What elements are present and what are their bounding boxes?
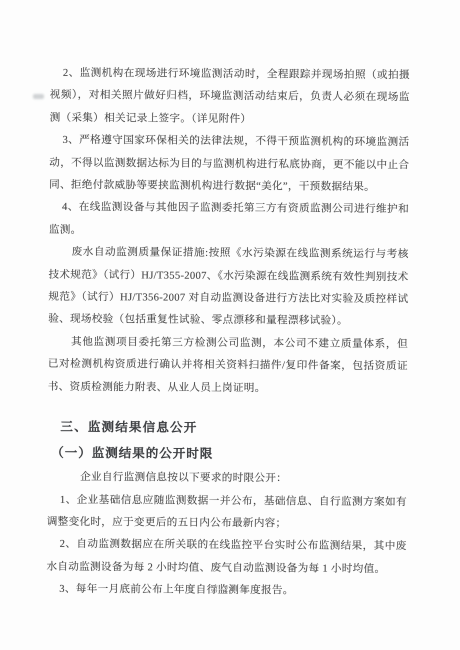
paragraph-legal-compliance: 3、严格遵守国家环保相关的法律法规，不得干预监测机构的环境监测活动，不得以监测数… [49,130,409,200]
paragraph-other-monitoring-projects: 其他监测项目委托第三方检测公司监测，本公司不建立质量体系，但已对检测机构资质进行… [48,332,408,402]
timeline-item-basic-info: 1、企业基础信息应随监测数据一并公布，基础信息、自行监测方案如有调整变化时，应于… [47,489,407,536]
paragraph-wastewater-qa-measures: 废水自动监测质量保证措施:按照《水污染源在线监测系统运行与考核技术规范》（试行）… [48,242,409,334]
page-number: 第 24 页 [0,584,460,595]
section-heading: 三、监测结果信息公开 [60,415,407,442]
scan-artifact [33,94,44,99]
paragraph-onsite-monitoring: 2、监测机构在现场进行环境监测活动时，全程跟踪并现场拍照（或拍摄视频），对相关照… [50,63,410,133]
section-intro: 企业自行监测信息按以下要求的时限公开： [47,467,407,492]
subsection-heading: （一）监测结果的公开时限 [51,441,407,468]
timeline-item-auto-monitoring: 2、自动监测数据应在所关联的在线监控平台实时公布监测结果，其中废水自动监测设备为… [46,534,406,581]
paragraph-third-party-maintenance: 4、在线监测设备与其他因子监测委托第三方有资质监测公司进行维护和监测。 [49,197,409,244]
scanned-document-page: 2、监测机构在现场进行环境监测活动时，全程跟踪并现场拍照（或拍摄视频），对相关照… [0,0,460,650]
page-content: 2、监测机构在现场进行环境监测活动时，全程跟踪并现场拍照（或拍摄视频），对相关照… [46,63,410,604]
